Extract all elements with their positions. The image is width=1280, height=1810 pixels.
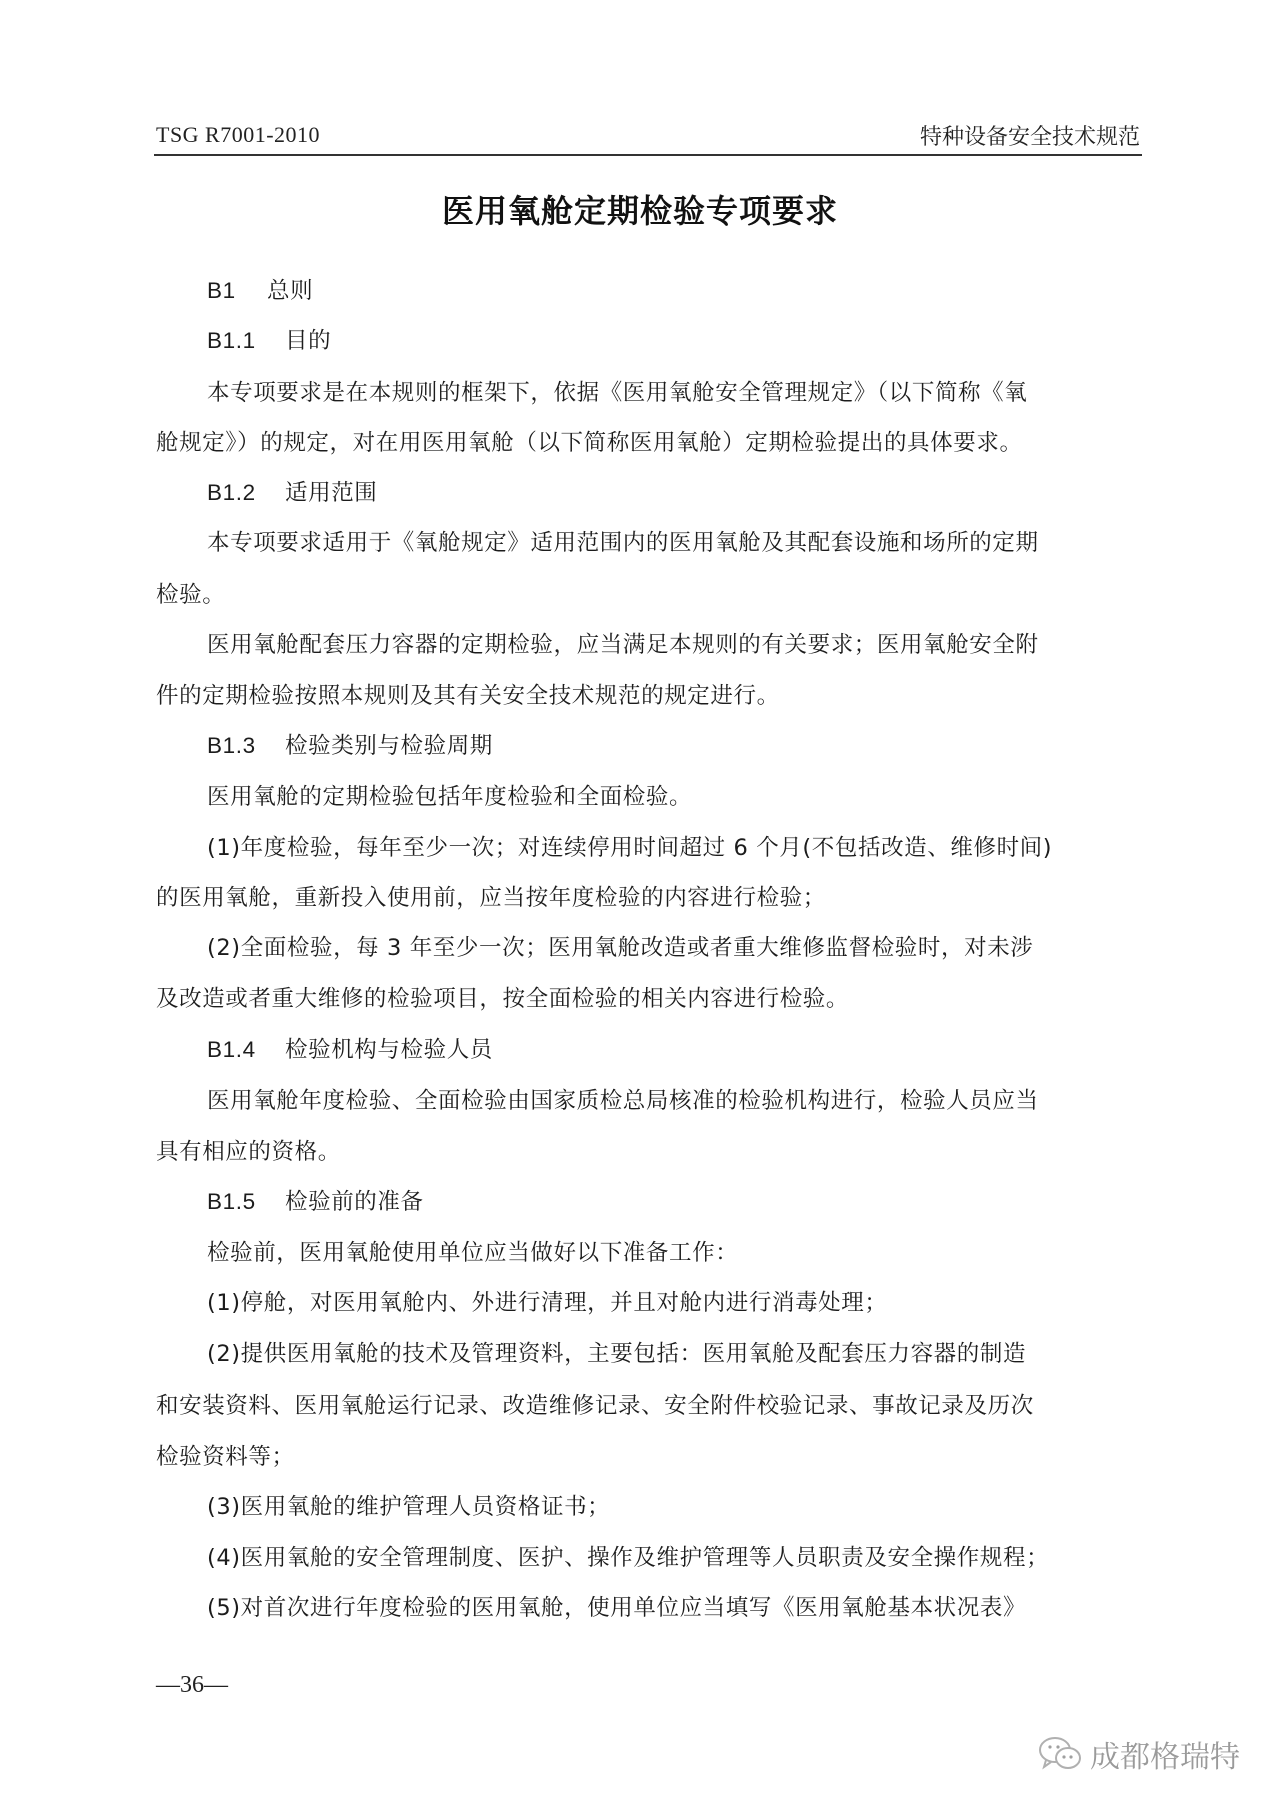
- section-label: 总则: [267, 278, 313, 303]
- watermark: 成都格瑞特: [1038, 1732, 1240, 1776]
- section-heading-b1-3: B1.3检验类别与检验周期: [207, 731, 1140, 761]
- section-label: 检验类别与检验周期: [285, 733, 493, 758]
- page-title: 医用氧舱定期检验专项要求: [0, 186, 1280, 232]
- list-item-line: (4)医用氧舱的安全管理制度、医护、操作及维护管理等人员职责及安全操作规程；: [207, 1543, 1140, 1573]
- list-item-line: (3)医用氧舱的维护管理人员资格证书；: [207, 1492, 1140, 1522]
- section-label: 检验机构与检验人员: [285, 1037, 493, 1062]
- paragraph-line: 检验前，医用氧舱使用单位应当做好以下准备工作：: [207, 1238, 1140, 1268]
- paragraph-line: 本专项要求是在本规则的框架下，依据《医用氧舱安全管理规定》（以下简称《氧: [207, 378, 1140, 408]
- paragraph-line: 件的定期检验按照本规则及其有关安全技术规范的规定进行。: [156, 681, 1140, 711]
- page-number: —36—: [156, 1672, 228, 1699]
- section-label: 检验前的准备: [285, 1189, 424, 1214]
- paragraph-line: 本专项要求适用于《氧舱规定》适用范围内的医用氧舱及其配套设施和场所的定期: [207, 528, 1140, 558]
- section-number: B1.4: [207, 1035, 285, 1065]
- watermark-text: 成都格瑞特: [1090, 1732, 1240, 1776]
- paragraph-line: 医用氧舱年度检验、全面检验由国家质检总局核准的检验机构进行，检验人员应当: [207, 1086, 1140, 1116]
- list-item-line: (2)提供医用氧舱的技术及管理资料，主要包括：医用氧舱及配套压力容器的制造: [207, 1339, 1140, 1369]
- list-item-line: 的医用氧舱，重新投入使用前，应当按年度检验的内容进行检验；: [156, 883, 1140, 913]
- paragraph-line: 具有相应的资格。: [156, 1137, 1140, 1167]
- paragraph-line: 舱规定》）的规定，对在用医用氧舱（以下简称医用氧舱）定期检验提出的具体要求。: [156, 428, 1140, 458]
- section-label: 适用范围: [285, 480, 377, 505]
- section-number: B1.1: [207, 326, 285, 356]
- section-number: B1.2: [207, 478, 285, 508]
- paragraph-line: 医用氧舱配套压力容器的定期检验，应当满足本规则的有关要求；医用氧舱安全附: [207, 630, 1140, 660]
- list-item-line: 和安装资料、医用氧舱运行记录、改造维修记录、安全附件校验记录、事故记录及历次: [156, 1391, 1140, 1421]
- list-item-line: (2)全面检验，每 3 年至少一次；医用氧舱改造或者重大维修监督检验时，对未涉: [207, 933, 1140, 963]
- section-heading-b1-1: B1.1目的: [207, 326, 1140, 356]
- section-number: B1.5: [207, 1187, 285, 1217]
- section-label: 目的: [285, 328, 331, 353]
- paragraph-line: 检验。: [156, 580, 1140, 610]
- header-series-title: 特种设备安全技术规范: [920, 120, 1140, 151]
- section-heading-b1: B1总则: [207, 276, 1140, 306]
- list-item-line: 检验资料等；: [156, 1442, 1140, 1472]
- section-heading-b1-2: B1.2适用范围: [207, 478, 1140, 508]
- section-heading-b1-5: B1.5检验前的准备: [207, 1187, 1140, 1217]
- list-item-line: 及改造或者重大维修的检验项目，按全面检验的相关内容进行检验。: [156, 984, 1140, 1014]
- section-number: B1.3: [207, 731, 285, 761]
- list-item-line: (1)停舱，对医用氧舱内、外进行清理，并且对舱内进行消毒处理；: [207, 1288, 1140, 1318]
- section-heading-b1-4: B1.4检验机构与检验人员: [207, 1035, 1140, 1065]
- section-number: B1: [207, 276, 267, 306]
- header-divider: [154, 154, 1142, 156]
- list-item-line: (5)对首次进行年度检验的医用氧舱，使用单位应当填写《医用氧舱基本状况表》: [207, 1593, 1140, 1623]
- paragraph-line: 医用氧舱的定期检验包括年度检验和全面检验。: [207, 782, 1140, 812]
- list-item-line: (1)年度检验，每年至少一次；对连续停用时间超过 6 个月(不包括改造、维修时间…: [207, 833, 1140, 863]
- header-standard-code: TSG R7001-2010: [156, 122, 320, 148]
- wechat-icon: [1038, 1735, 1084, 1773]
